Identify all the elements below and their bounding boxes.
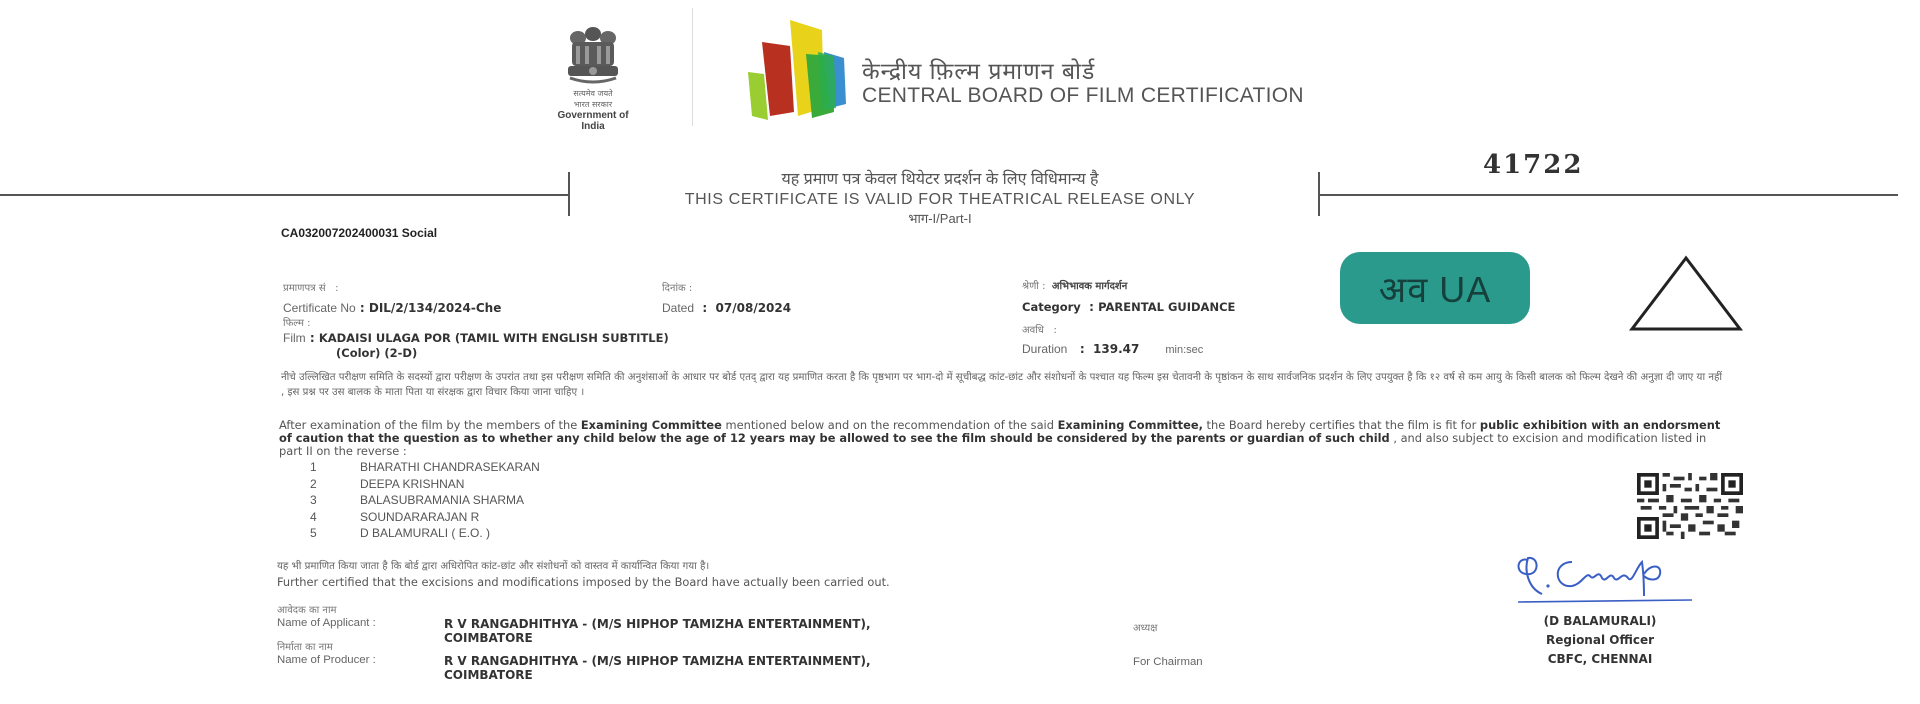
left-rule-tick bbox=[568, 172, 570, 216]
producer-city: COIMBATORE bbox=[444, 668, 871, 682]
colon: : bbox=[694, 301, 716, 315]
certificate-no-label-hindi: प्रमाणपत्र सं bbox=[283, 283, 326, 294]
member-name: SOUNDARARAJAN R bbox=[360, 510, 479, 527]
colon: : bbox=[1081, 300, 1098, 314]
producer-name: R V RANGADHITHYA - (M/S HIPHOP TAMIZHA E… bbox=[444, 654, 871, 668]
committee-list: 1BHARATHI CHANDRASEKARAN 2DEEPA KRISHNAN… bbox=[310, 460, 540, 543]
colon: : bbox=[686, 283, 693, 294]
reference-number: CA032007202400031 Social bbox=[281, 226, 437, 240]
validity-notice: यह प्रमाण पत्र केवल थियेटर प्रदर्शन के ल… bbox=[575, 170, 1305, 229]
dated-label-hindi: दिनांक bbox=[662, 283, 686, 294]
validity-hindi: यह प्रमाण पत्र केवल थियेटर प्रदर्शन के ल… bbox=[575, 170, 1305, 190]
producer-label-hindi: निर्माता का नाम bbox=[277, 639, 871, 653]
cert-text-bold: Examining Committee, bbox=[1058, 418, 1203, 432]
producer-label: Name of Producer : bbox=[277, 654, 444, 682]
colon: : bbox=[1067, 342, 1093, 356]
cert-text-part: the Board hereby certifies that the film… bbox=[1203, 418, 1480, 432]
duration-label: Duration bbox=[1022, 342, 1067, 356]
qr-code[interactable] bbox=[1637, 473, 1743, 539]
colon: : bbox=[1044, 325, 1057, 336]
header-divider bbox=[692, 8, 693, 126]
rating-badge: अव UA bbox=[1340, 252, 1530, 324]
committee-member: 4SOUNDARARAJAN R bbox=[310, 510, 540, 527]
member-name: DEEPA KRISHNAN bbox=[360, 477, 464, 494]
signatory-block: (D BALAMURALI) Regional Officer CBFC, CH… bbox=[1490, 612, 1710, 669]
right-rule-tick bbox=[1318, 172, 1320, 216]
signature-icon bbox=[1510, 548, 1720, 608]
member-number: 2 bbox=[310, 477, 360, 494]
applicant-label-text: Name of Applicant bbox=[277, 617, 369, 629]
certificate-no-block: प्रमाणपत्र सं : Certificate No : DIL/2/1… bbox=[283, 276, 501, 316]
producer-block: निर्माता का नाम Name of Producer : R V R… bbox=[277, 639, 871, 682]
category-value-hindi: अभिभावक मार्गदर्शन bbox=[1052, 281, 1127, 292]
hindi-certification-text: नीचे उल्लिखित परीक्षण समिति के सदस्यों द… bbox=[281, 370, 1726, 400]
member-number: 1 bbox=[310, 460, 360, 477]
committee-member: 3BALASUBRAMANIA SHARMA bbox=[310, 493, 540, 510]
applicant-name: R V RANGADHITHYA - (M/S HIPHOP TAMIZHA E… bbox=[444, 617, 871, 631]
national-emblem: सत्यमेव जयते भारत सरकार Government of In… bbox=[548, 22, 638, 127]
board-title-hindi: केन्द्रीय फ़िल्म प्रमाणन बोर्ड bbox=[862, 54, 1304, 86]
category-block: श्रेणी : अभिभावक मार्गदर्शन Category : P… bbox=[1022, 274, 1235, 357]
member-number: 4 bbox=[310, 510, 360, 527]
cbfc-logo-icon bbox=[742, 16, 852, 124]
film-format: (Color) (2-D) bbox=[336, 346, 417, 360]
certificate-serial-number: 41722 bbox=[1483, 150, 1583, 180]
category-value: PARENTAL GUIDANCE bbox=[1098, 300, 1235, 314]
triangle-symbol-icon bbox=[1628, 255, 1744, 333]
colon: : bbox=[304, 318, 311, 329]
film-block: फिल्म : Film : KADAISI ULAGA POR (TAMIL … bbox=[283, 311, 669, 360]
committee-member: 1BHARATHI CHANDRASEKARAN bbox=[310, 460, 540, 477]
part-label: भाग-I/Part-I bbox=[575, 209, 1305, 229]
film-label-hindi: फिल्म bbox=[283, 318, 304, 329]
colon: : bbox=[326, 283, 339, 294]
member-name: BHARATHI CHANDRASEKARAN bbox=[360, 460, 540, 477]
duration-value: 139.47 bbox=[1093, 342, 1139, 356]
board-title: केन्द्रीय फ़िल्म प्रमाणन बोर्ड CENTRAL B… bbox=[862, 54, 1304, 108]
applicant-label-hindi: आवेदक का नाम bbox=[277, 602, 871, 616]
ashoka-emblem-icon bbox=[558, 22, 628, 88]
board-title-english: CENTRAL BOARD OF FILM CERTIFICATION bbox=[862, 84, 1304, 108]
government-of-india-label: Government of India bbox=[548, 110, 638, 132]
colon: : bbox=[306, 331, 319, 345]
film-label: Film bbox=[283, 331, 306, 345]
further-cert-hindi: यह भी प्रमाणित किया जाता है कि बोर्ड द्व… bbox=[277, 560, 709, 574]
signatory-name: (D BALAMURALI) bbox=[1490, 612, 1710, 631]
committee-member: 2DEEPA KRISHNAN bbox=[310, 477, 540, 494]
member-number: 5 bbox=[310, 526, 360, 543]
film-title: KADAISI ULAGA POR (TAMIL WITH ENGLISH SU… bbox=[319, 331, 669, 345]
cert-text-part: After examination of the film by the mem… bbox=[279, 418, 581, 432]
category-label-hindi: श्रेणी bbox=[1022, 281, 1039, 292]
emblem-motto: सत्यमेव जयते bbox=[548, 88, 638, 99]
duration-unit: min:sec bbox=[1165, 344, 1203, 356]
dated-block: दिनांक : Dated : 07/08/2024 bbox=[662, 276, 791, 316]
english-certification-text: After examination of the film by the mem… bbox=[279, 419, 1727, 458]
category-label: Category bbox=[1022, 300, 1081, 314]
further-cert-english: Further certified that the excisions and… bbox=[277, 575, 890, 589]
for-chairman-label: For Chairman bbox=[1133, 656, 1203, 668]
duration-label-hindi: अवधि bbox=[1022, 325, 1044, 336]
cert-text-bold: Examining Committee bbox=[581, 418, 722, 432]
validity-english: THIS CERTIFICATE IS VALID FOR THEATRICAL… bbox=[575, 190, 1305, 209]
producer-value: R V RANGADHITHYA - (M/S HIPHOP TAMIZHA E… bbox=[444, 654, 871, 682]
member-name: BALASUBRAMANIA SHARMA bbox=[360, 493, 524, 510]
member-name: D BALAMURALI ( E.O. ) bbox=[360, 526, 490, 543]
colon: : bbox=[1039, 281, 1052, 292]
committee-member: 5D BALAMURALI ( E.O. ) bbox=[310, 526, 540, 543]
dated-value: 07/08/2024 bbox=[716, 301, 792, 315]
left-rule bbox=[0, 194, 570, 196]
right-rule bbox=[1320, 194, 1898, 196]
chairman-label-hindi: अध्यक्ष bbox=[1133, 620, 1157, 634]
member-number: 3 bbox=[310, 493, 360, 510]
signatory-office: CBFC, CHENNAI bbox=[1490, 650, 1710, 669]
signatory-title: Regional Officer bbox=[1490, 631, 1710, 650]
producer-label-text: Name of Producer bbox=[277, 654, 369, 666]
cert-text-part: mentioned below and on the recommendatio… bbox=[722, 418, 1058, 432]
emblem-gov-hindi: भारत सरकार bbox=[548, 99, 638, 110]
